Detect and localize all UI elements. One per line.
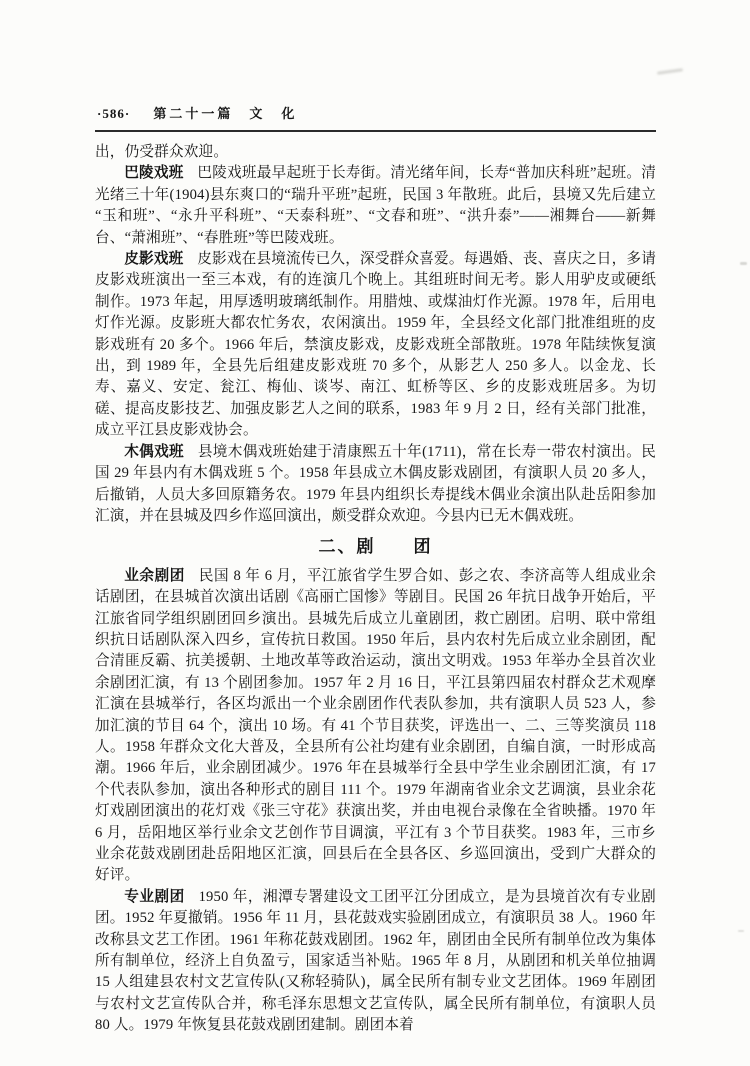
scan-artifact <box>738 930 744 932</box>
paragraph-marionette-troupes: 木偶戏班县境木偶戏班始建于清康熙五十年(1711)，常在长寿一带农村演出。民国 … <box>95 442 656 528</box>
paragraph-lead: 专业剧团 <box>124 889 185 905</box>
page-body: 出，仍受群众欢迎。 巴陵戏班巴陵戏班最早起班于长寿街。清光绪年间，长寿“普加庆科… <box>95 142 656 1037</box>
paragraph-lead: 皮影戏班 <box>124 251 183 267</box>
paragraph-professional-troupes: 专业剧团1950 年，湘潭专署建设文工团平江分团成立，是为县境首次有专业剧团。1… <box>95 887 656 1037</box>
paragraph-baling-opera-troupes: 巴陵戏班巴陵戏班最早起班于长寿街。清光绪年间，长寿“普加庆科班”起班。清光绪三十… <box>95 163 656 249</box>
book-page: ·586· 第二十一篇 文 化 出，仍受群众欢迎。 巴陵戏班巴陵戏班最早起班于长… <box>0 0 750 1066</box>
scan-artifact <box>657 68 683 75</box>
paragraph-text: 出，仍受群众欢迎。 <box>95 144 228 160</box>
paragraph-amateur-troupes: 业余剧团民国 8 年 6 月，平江旅省学生罗合如、彭之农、李济高等人组成业余话剧… <box>95 566 656 887</box>
scan-artifact <box>740 262 747 265</box>
page-number: ·586· <box>97 106 130 121</box>
paragraph-continuation: 出，仍受群众欢迎。 <box>95 142 656 163</box>
paragraph-text: 民国 8 年 6 月，平江旅省学生罗合如、彭之农、李济高等人组成业余话剧团，在县… <box>95 568 656 884</box>
page-header: ·586· 第二十一篇 文 化 <box>97 105 655 123</box>
paragraph-text: 1950 年，湘潭专署建设文工团平江分团成立，是为县境首次有专业剧团。1952 … <box>95 889 656 1033</box>
paragraph-text: 皮影戏在县境流传已久，深受群众喜爱。每遇婚、丧、喜庆之日，多请皮影戏班演出一至三… <box>95 251 656 438</box>
paragraph-lead: 巴陵戏班 <box>124 165 183 181</box>
section-heading: 二、剧 团 <box>95 536 656 557</box>
chapter-title: 第二十一篇 文 化 <box>153 106 297 121</box>
header-rule <box>95 130 656 132</box>
paragraph-lead: 木偶戏班 <box>124 444 184 460</box>
paragraph-shadow-puppet-troupes: 皮影戏班皮影戏在县境流传已久，深受群众喜爱。每遇婚、丧、喜庆之日，多请皮影戏班演… <box>95 249 656 442</box>
paragraph-lead: 业余剧团 <box>124 568 185 584</box>
